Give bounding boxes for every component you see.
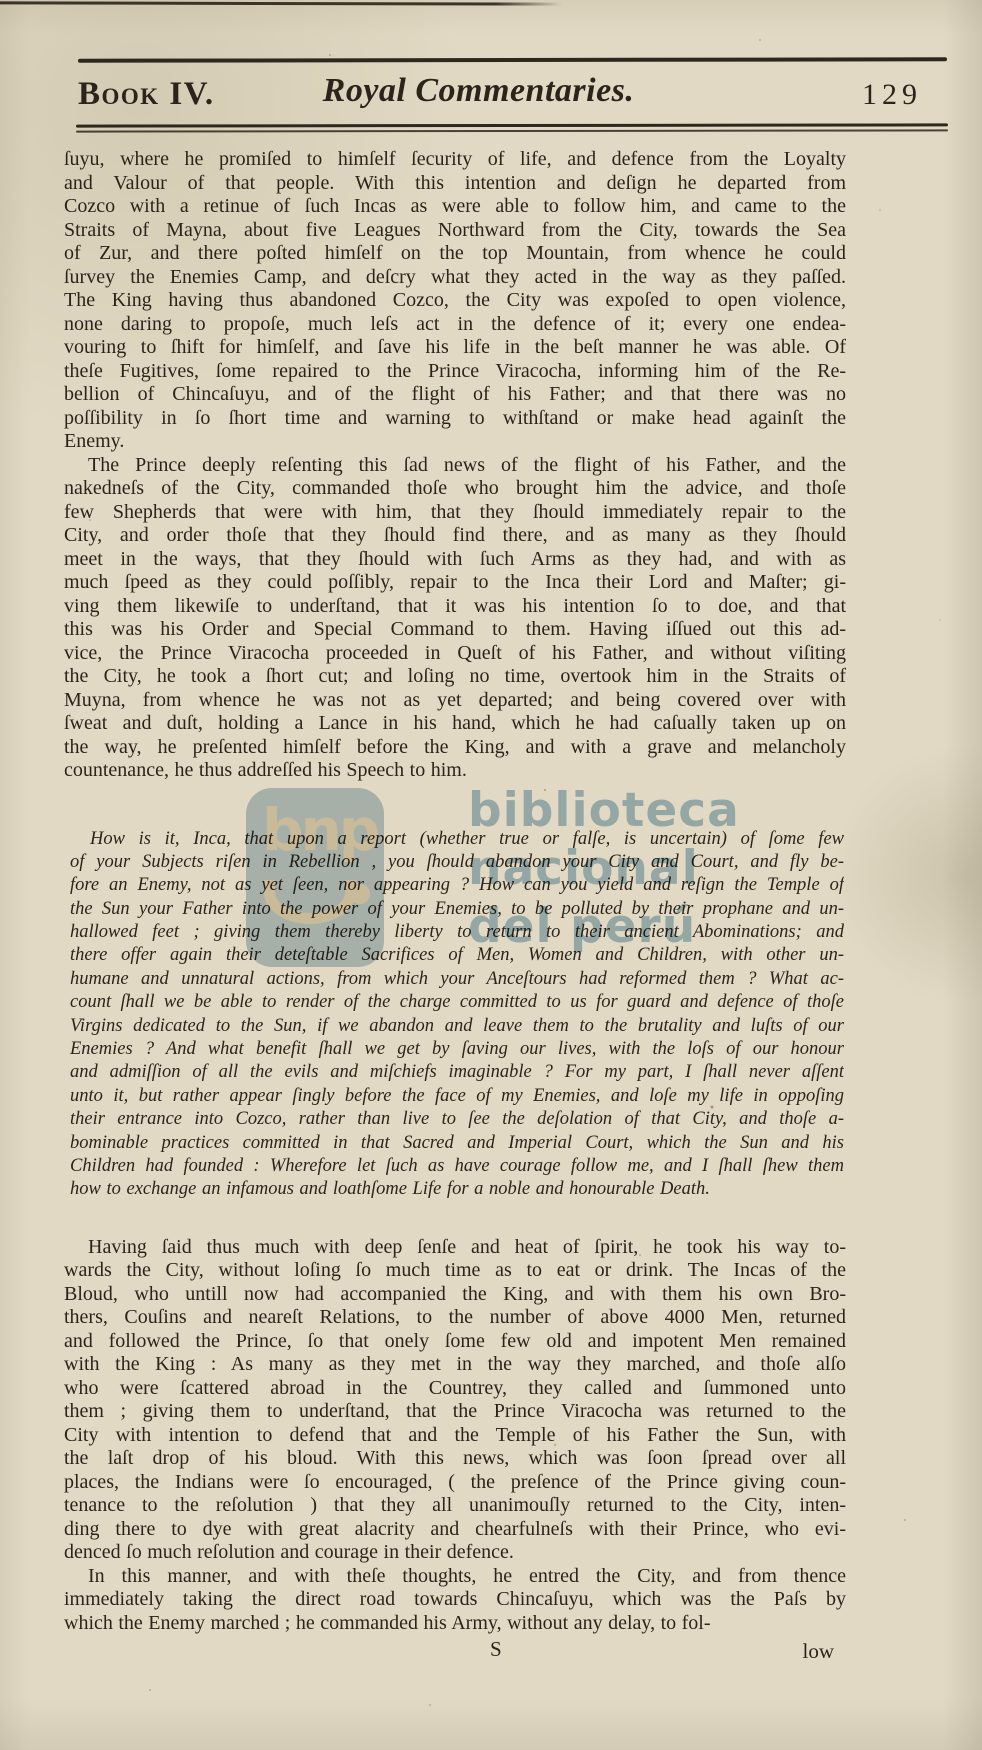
text-line: The Prince deeply reſenting this ſad new… <box>64 454 846 478</box>
header-row: Book IV. Royal Commentaries. 129 <box>0 70 982 124</box>
text-line: this was his Order and Special Command t… <box>64 618 846 642</box>
paragraph-prince-resenting: The Prince deeply reſenting this ſad new… <box>64 454 846 783</box>
text-line: tenance to the reſolution ) that they al… <box>64 1494 846 1518</box>
text-line: Enemy. <box>64 430 846 454</box>
text-line: ſuyu, where he promiſed to himſelf ſecur… <box>64 148 846 172</box>
speech-block: How is it, Inca, that upon a report (whe… <box>70 828 844 1202</box>
running-title: Royal Commentaries. <box>323 72 635 110</box>
text-line: which the Enemy marched ; he commanded h… <box>64 1612 846 1636</box>
text-line: humane and unnatural actions, from which… <box>70 968 844 991</box>
text-line: none daring to propoſe, much leſs act in… <box>64 313 846 337</box>
rule-thin <box>76 129 948 132</box>
text-line: few Shepherds that were with him, that t… <box>64 501 846 525</box>
text-line: ving them likewiſe to underſtand, that i… <box>64 595 846 619</box>
text-line: nakedneſs of the City, commanded thoſe w… <box>64 477 846 501</box>
text-line: of Zur, and there poſted himſelf on the … <box>64 242 846 266</box>
text-line: vice, the Prince Viracocha proceeded in … <box>64 642 846 666</box>
text-line: and followed the Prince, ſo that onely ſ… <box>64 1330 846 1354</box>
text-line: immediately taking the direct road towar… <box>64 1588 846 1612</box>
text-line: Virgins dedicated to the Sun, if we aban… <box>70 1015 844 1038</box>
text-line: Muyna, from whence he was not as yet dep… <box>64 689 846 713</box>
text-line: bominable practices committed in that Sa… <box>70 1132 844 1155</box>
text-line: denced ſo much reſolution and courage in… <box>64 1541 846 1565</box>
text-line: poſſibility in ſo ſhort time and warning… <box>64 407 846 431</box>
text-line: thers, Couſins and neareſt Relations, to… <box>64 1306 846 1330</box>
text-line: there offer again their deteſtable Sacri… <box>70 944 844 967</box>
text-line: hallowed feet ; giving them thereby libe… <box>70 921 844 944</box>
text-line: with the King : As many as they met in t… <box>64 1353 846 1377</box>
text-line: bellion of Chincaſuyu, and of the flight… <box>64 383 846 407</box>
text-line: and admiſſion of all the evils and miſch… <box>70 1061 844 1084</box>
text-line: Enemies ? And what benefit ſhall we get … <box>70 1038 844 1061</box>
text-line: Children had founded : Wherefore let ſuc… <box>70 1155 844 1178</box>
paragraph-having-said: Having ſaid thus much with deep ſenſe an… <box>64 1236 846 1565</box>
text-line: much ſpeed as they could poſſibly, repai… <box>64 571 846 595</box>
text-line: Straits of Mayna, about five Leagues Nor… <box>64 219 846 243</box>
text-line: the way, he preſented himſelf before the… <box>64 736 846 760</box>
text-line: how to exchange an infamous and loathſom… <box>70 1178 844 1201</box>
page-number: 129 <box>862 78 922 112</box>
book-page-scan: Book IV. Royal Commentaries. 129 ſuyu, w… <box>0 0 982 1750</box>
paragraph-in-this-manner: In this manner, and with theſe thoughts,… <box>64 1565 846 1636</box>
text-line: unto it, but rather appear ſingly before… <box>70 1085 844 1108</box>
text-line: places, the Indians were ſo encouraged, … <box>64 1471 846 1495</box>
text-line: In this manner, and with theſe thoughts,… <box>64 1565 846 1589</box>
header-rule-top <box>78 57 947 63</box>
paragraph-continuation: ſuyu, where he promiſed to himſelf ſecur… <box>64 148 846 454</box>
text-line: and Valour of that people. With this int… <box>64 172 846 196</box>
text-line: count ſhall we be able to render of the … <box>70 991 844 1014</box>
text-line: the City, he took a ſhort cut; and loſin… <box>64 665 846 689</box>
text-line: How is it, Inca, that upon a report (whe… <box>70 828 844 851</box>
text-line: The King having thus abandoned Cozco, th… <box>64 289 846 313</box>
text-line: Bloud, who untill now had accompanied th… <box>64 1283 846 1307</box>
text-line: City with intention to defend that and t… <box>64 1424 846 1448</box>
scan-edge-artifact <box>0 1 562 5</box>
text-line: vouring to ſhift for himſelf, and ſave h… <box>64 336 846 360</box>
signature-mark: S <box>490 1637 502 1662</box>
text-line: meet in the ways, that they ſhould with … <box>64 548 846 572</box>
text-line: who were ſcattered abroad in the Countre… <box>64 1377 846 1401</box>
text-line: ding there to dye with great alacrity an… <box>64 1518 846 1542</box>
text-line: them ; giving them to underſtand, that t… <box>64 1400 846 1424</box>
book-label: Book IV. <box>78 76 215 113</box>
page-body: ſuyu, where he promiſed to himſelf ſecur… <box>64 148 846 1665</box>
text-line: fore an Enemy, not as yet ſeen, nor appe… <box>70 874 844 897</box>
text-line: City, and order thoſe that they ſhould f… <box>64 524 846 548</box>
rule-thick <box>76 123 948 127</box>
text-line: of your Subjects riſen in Rebellion , yo… <box>70 851 844 874</box>
text-line: the laſt drop of his bloud. With this ne… <box>64 1447 846 1471</box>
text-line: Cozco with a retinue of ſuch Incas as we… <box>64 195 846 219</box>
text-line: their entrance into Cozco, rather than l… <box>70 1108 844 1131</box>
text-line: Having ſaid thus much with deep ſenſe an… <box>64 1236 846 1260</box>
text-line: countenance, he thus addreſſed his Speec… <box>64 759 846 783</box>
text-line: wards the City, without loſing ſo much t… <box>64 1259 846 1283</box>
text-line: theſe Fugitives, ſome repaired to the Pr… <box>64 360 846 384</box>
text-line: ſweat and duſt, holding a Lance in his h… <box>64 712 846 736</box>
text-line: the Sun your Father into the power of yo… <box>70 898 844 921</box>
footer-row: S low <box>64 1637 846 1665</box>
header-rule-bottom <box>76 124 948 132</box>
catchword: low <box>803 1639 835 1664</box>
text-line: ſurvey the Enemies Camp, and deſcry what… <box>64 266 846 290</box>
